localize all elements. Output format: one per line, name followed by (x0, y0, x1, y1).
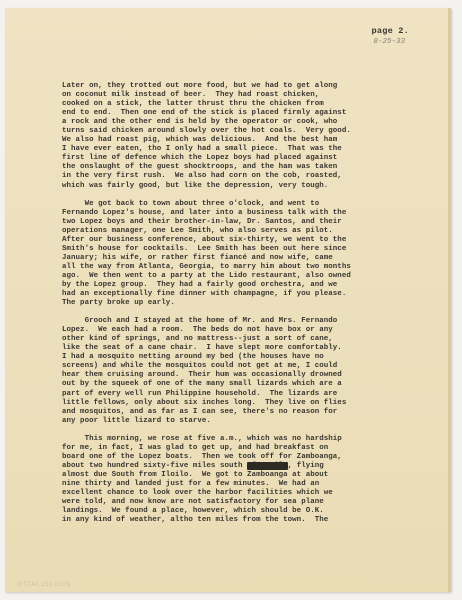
text-line: almost due South from Iloilo. We got to … (62, 471, 422, 480)
text-segment: about two hundred sixty-five miles south (62, 462, 247, 470)
text-line: Grooch and I stayed at the home of Mr. a… (62, 317, 422, 326)
handwritten-date: 8-25-33 (374, 38, 410, 46)
text-line: Lopez. We each had a room. The beds do n… (62, 326, 422, 335)
text-line: were told, and now know are not satisfac… (62, 498, 422, 507)
text-line: I had a mosquito netting around my bed (… (62, 353, 422, 362)
text-line: screens) and while the mosquitos could n… (62, 362, 422, 371)
text-line: on coconut milk instead of beer. They ha… (62, 91, 422, 100)
text-line: two Lopez boys and their brother-in-law,… (62, 218, 422, 227)
text-line: by the Lopez group. They had a fairly go… (62, 281, 422, 290)
text-line: other kind of springs, and no mattress--… (62, 335, 422, 344)
text-line: cooked on a stick, the latter thrust thr… (62, 100, 422, 109)
page-header: page 2. 8-25-33 (372, 26, 410, 46)
paragraph-1: Later on, they trotted out more food, bu… (62, 82, 422, 191)
text-line: turns said chicken around slowly over th… (62, 127, 422, 136)
text-line: board one of the Lopez boats. Then we to… (62, 453, 422, 462)
letter-body: Later on, they trotted out more food, bu… (62, 82, 422, 534)
text-segment: , flying (288, 462, 324, 470)
text-line: Fernando Lopez's house, and later into a… (62, 209, 422, 218)
text-line: in any kind of weather, altho ten miles … (62, 516, 422, 525)
text-line: part of every well run Philippine househ… (62, 390, 422, 399)
text-line: January; his wife, or rather first fianc… (62, 254, 422, 263)
struck-out-text: of Manila (247, 462, 288, 470)
paragraph-3: Grooch and I stayed at the home of Mr. a… (62, 317, 422, 426)
text-line: This morning, we rose at five a.m., whic… (62, 435, 422, 444)
page-number: page 2. (372, 26, 410, 36)
text-line: nine thirty and landed just for a few mi… (62, 480, 422, 489)
text-line: out by the squeek of one of the many sma… (62, 380, 422, 389)
text-line: hear them cruising around. Their hum was… (62, 371, 422, 380)
text-line: first line of defence which the Lopez bo… (62, 154, 422, 163)
text-line: for me, in fact, I was glad to get up, a… (62, 444, 422, 453)
text-line: any poor little lizard to starve. (62, 417, 422, 426)
text-line: ago. We then went to a party at the Lido… (62, 272, 422, 281)
text-line: We also had roast pig, which was delicio… (62, 136, 422, 145)
text-line: We got back to town about three o'clock,… (62, 200, 422, 209)
text-line: After our business conference, about six… (62, 236, 422, 245)
text-line: like the seat of a cane chair. I have sl… (62, 344, 422, 353)
paragraph-4: This morning, we rose at five a.m., whic… (62, 435, 422, 525)
text-line: Smith's house for cocktails. Lee Smith h… (62, 245, 422, 254)
paragraph-2: We got back to town about three o'clock,… (62, 200, 422, 309)
text-line: had an exceptionally fine dinner with ch… (62, 290, 422, 299)
text-line: excellent chance to look over the harbor… (62, 489, 422, 498)
text-line: The party broke up early. (62, 299, 422, 308)
text-line: landings. We found a place, however, whi… (62, 507, 422, 516)
text-line: and mosquitos, and as far as I can see, … (62, 408, 422, 417)
text-line: a rock and the other end is held by the … (62, 118, 422, 127)
archive-catalog-mark: 2019.121.0472 b (17, 581, 70, 588)
text-line: Later on, they trotted out more food, bu… (62, 82, 422, 91)
text-line: in the very first rush. We also had corn… (62, 172, 422, 181)
text-line: which was fairly good, but like the depr… (62, 182, 422, 191)
text-line: end to end. Then one end of the stick is… (62, 109, 422, 118)
text-line: I have ever eaten, tho I only had a smal… (62, 145, 422, 154)
text-line: operations manager, one Lee Smith, who a… (62, 227, 422, 236)
text-line: all the way from Atlanta, Georgia, to ma… (62, 263, 422, 272)
text-line: little fellows, only about six inches lo… (62, 399, 422, 408)
text-line: the onslaught of the guest shocktroops, … (62, 163, 422, 172)
text-line-with-strikeout: about two hundred sixty-five miles south… (62, 462, 422, 471)
